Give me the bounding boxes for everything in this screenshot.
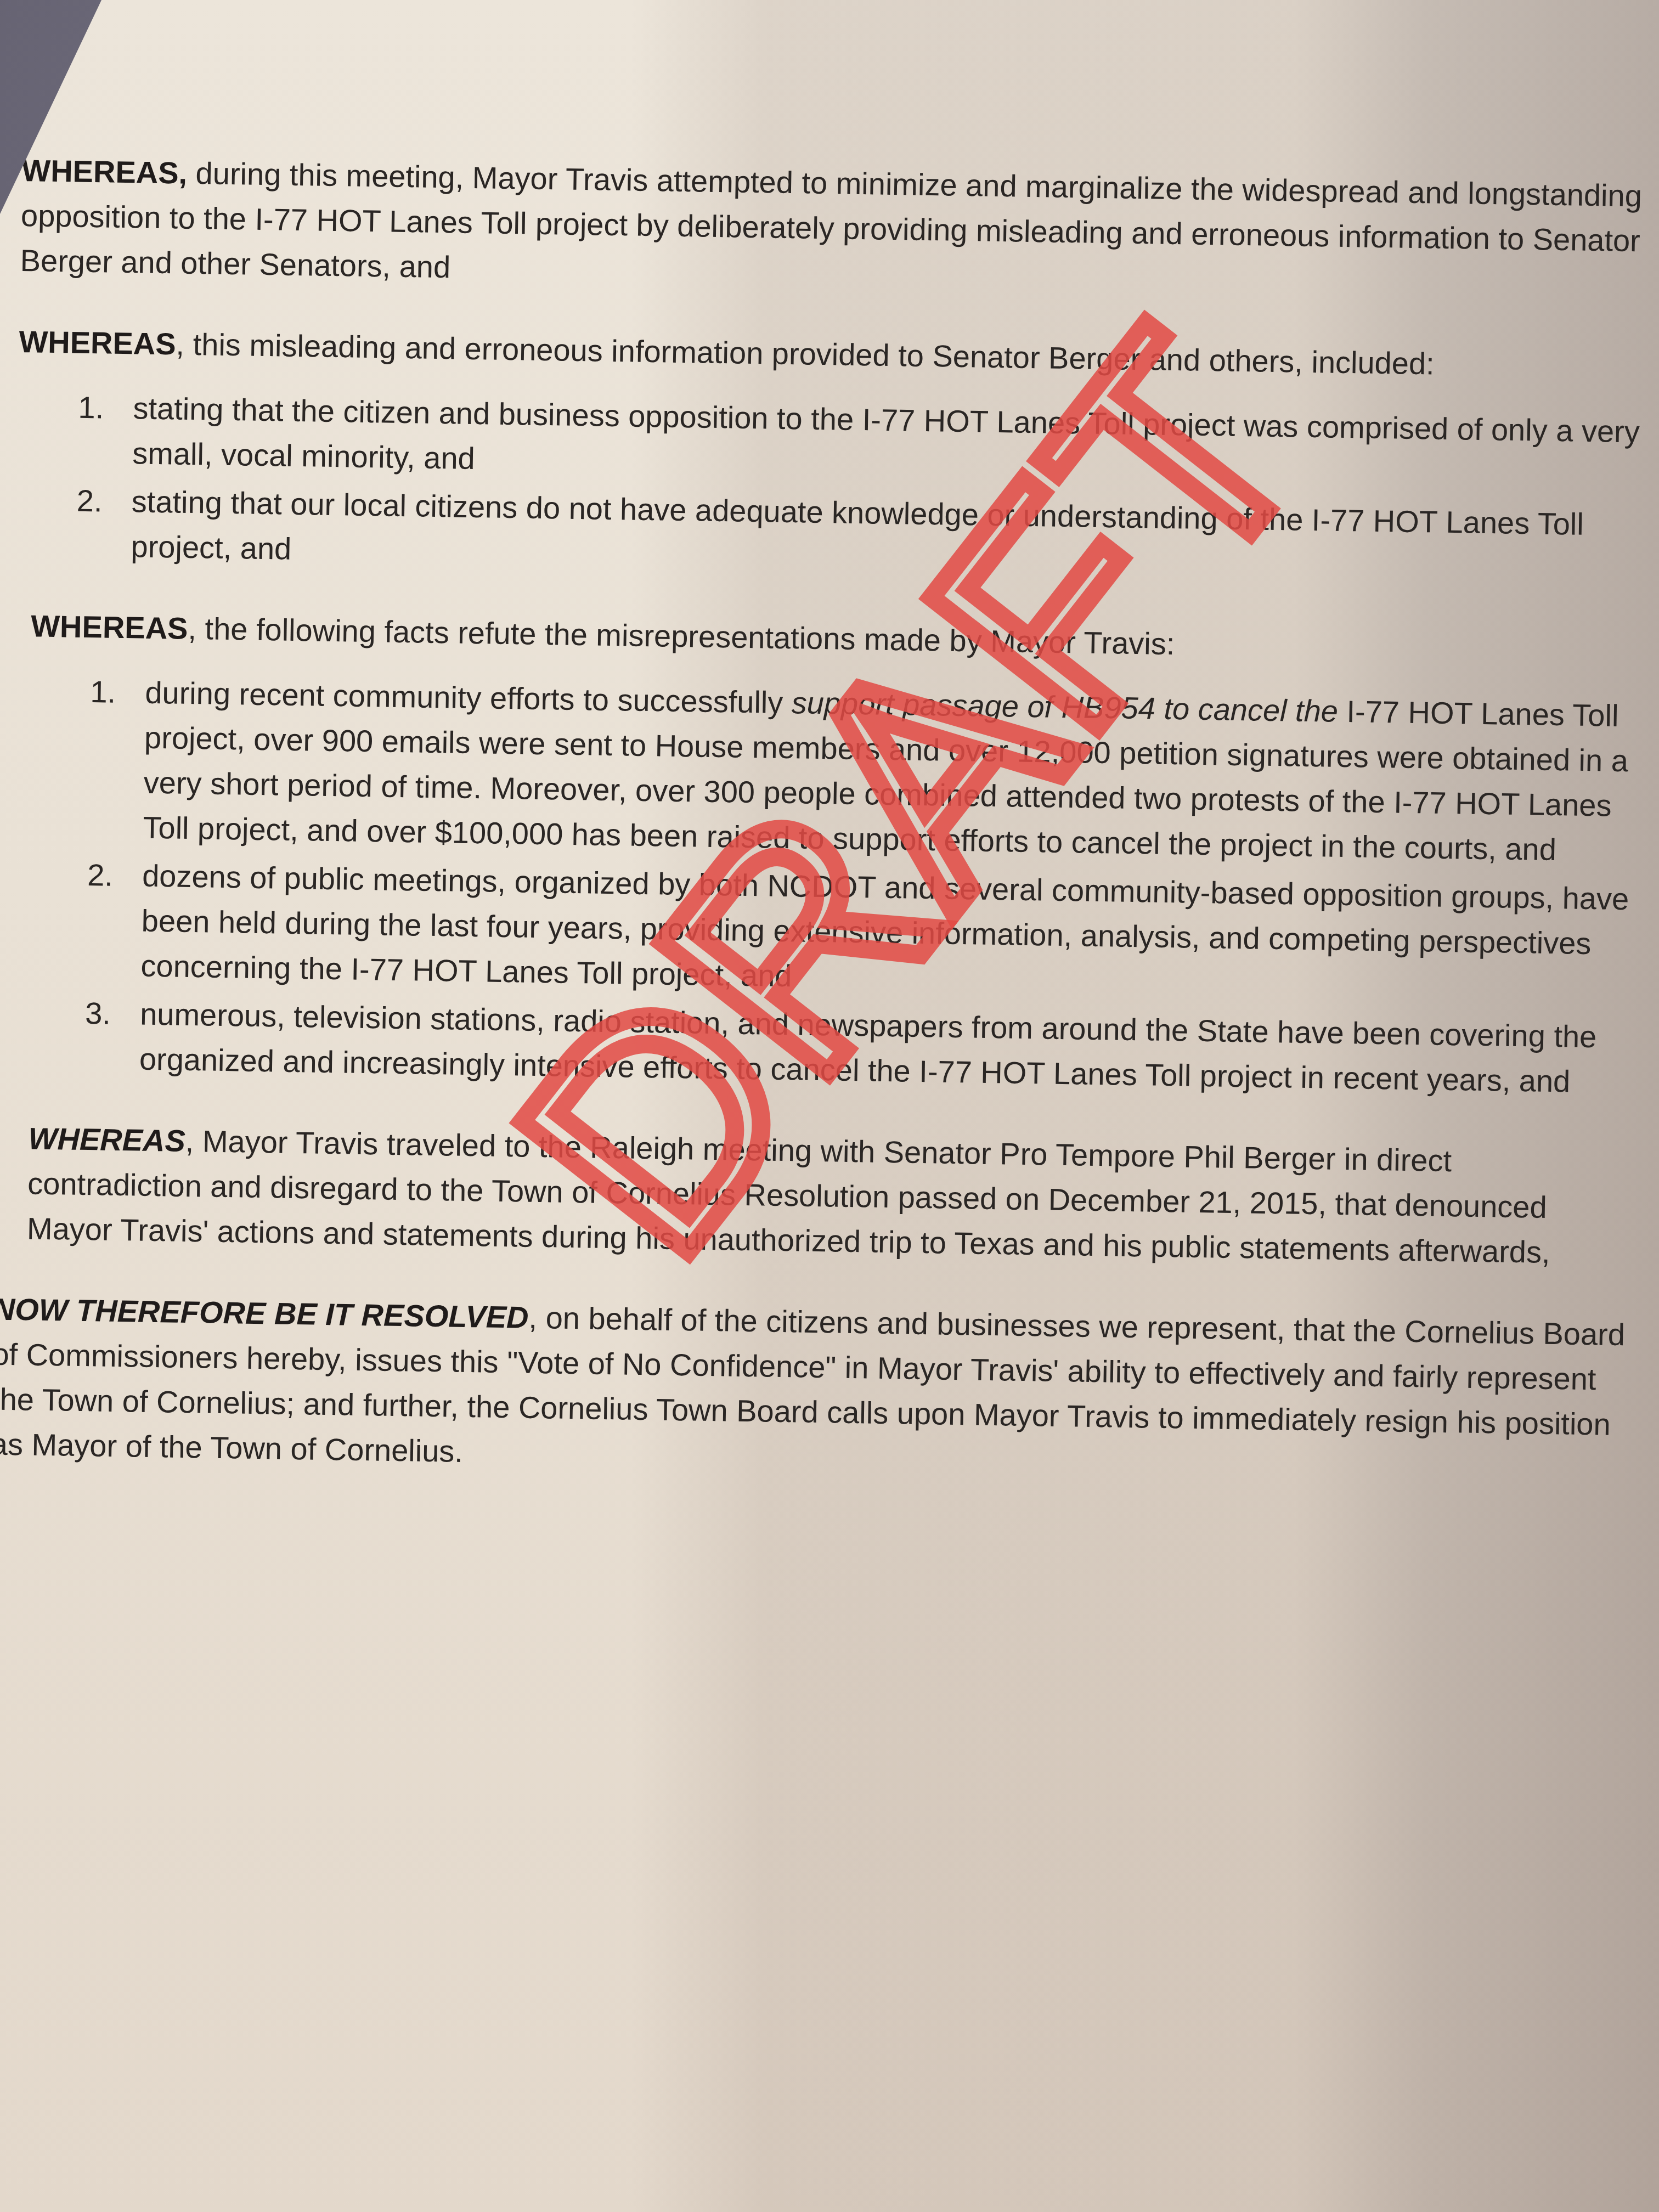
- whereas-label: WHEREAS: [19, 324, 176, 361]
- whereas-paragraph-2: WHEREAS, this misleading and erroneous i…: [19, 319, 1643, 390]
- paragraph-text: , this misleading and erroneous informat…: [176, 326, 1435, 381]
- whereas-paragraph-1: WHEREAS, during this meeting, Mayor Trav…: [20, 148, 1645, 308]
- list-item-text: stating that our local citizens do not h…: [131, 484, 1584, 566]
- list-number: 1.: [90, 669, 116, 715]
- whereas-paragraph-4: WHEREAS, Mayor Travis traveled to the Ra…: [26, 1116, 1630, 1276]
- whereas-label: WHEREAS: [31, 608, 188, 645]
- paragraph-text: , the following facts refute the misrepr…: [188, 611, 1175, 661]
- refuting-facts-list: 1. during recent community efforts to su…: [7, 668, 1637, 1105]
- list-item-text: stating that the citizen and business op…: [132, 391, 1640, 476]
- list-item-text: numerous, television stations, radio sta…: [139, 997, 1596, 1099]
- list-item-text: during recent community efforts to succe…: [145, 675, 792, 720]
- whereas-label: WHEREAS,: [21, 153, 188, 190]
- list-number: 2.: [87, 853, 114, 898]
- resolved-label: NOW THEREFORE BE IT RESOLVED: [0, 1291, 529, 1334]
- list-item-text-italic: support passage of HB954 to cancel the: [791, 685, 1338, 729]
- list-item-text: dozens of public meetings, organized by …: [140, 859, 1629, 994]
- list-item: 1. during recent community efforts to su…: [88, 669, 1638, 873]
- document-body: WHEREAS, during this meeting, Mayor Trav…: [1, 148, 1645, 1528]
- list-number: 2.: [76, 478, 103, 524]
- misleading-info-list: 1. stating that the citizen and business…: [15, 384, 1642, 592]
- list-number: 3.: [85, 991, 111, 1036]
- whereas-label: WHEREAS: [28, 1121, 185, 1158]
- paper-sheet: WHEREAS, during this meeting, Mayor Trav…: [0, 0, 1659, 2212]
- list-number: 1.: [78, 385, 104, 431]
- whereas-paragraph-3: WHEREAS, the following facts refute the …: [31, 603, 1639, 674]
- list-item: 2. dozens of public meetings, organized …: [86, 853, 1635, 1012]
- paragraph-text: during this meeting, Mayor Travis attemp…: [20, 156, 1642, 285]
- paragraph-text: , Mayor Travis traveled to the Raleigh m…: [27, 1124, 1550, 1269]
- resolution-paragraph: NOW THEREFORE BE IT RESOLVED, on behalf …: [0, 1286, 1628, 1492]
